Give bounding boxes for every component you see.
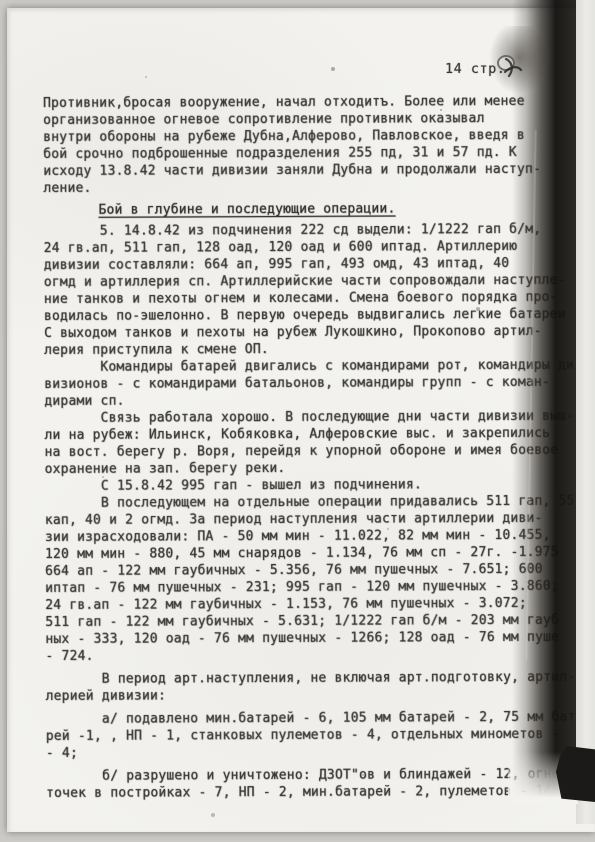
text-line: - 4; xyxy=(46,743,580,762)
text-line: точек в постройках - 7, НП - 2, мин.бата… xyxy=(46,783,580,802)
section-heading: Бой в глубине и последующие операции. xyxy=(98,200,577,219)
text-line: ных - 333, 120 оад - 76 мм пушечных - 12… xyxy=(45,629,579,648)
ink-blot xyxy=(556,746,595,802)
text-line: В период арт.наступления, не включая арт… xyxy=(46,669,580,688)
text-line: исходу 13.8.42 части дивизии заняли Дубн… xyxy=(43,161,577,180)
text-line: визионов - с командирами батальонов, ком… xyxy=(44,374,578,393)
text-line: рей -1, , НП - 1, станковых пулеметов - … xyxy=(46,726,580,745)
text-line: на вост. берегу р. Воря, перейдя к упорн… xyxy=(45,442,579,461)
document-text: Противник,бросая вооружение, начал отход… xyxy=(43,93,580,802)
text-line: ление. xyxy=(43,178,577,197)
text-line: - 724. xyxy=(45,646,579,665)
scan-right-edge xyxy=(576,0,595,824)
scanned-page: 14 стр. Противник,бросая вооружение, нач… xyxy=(7,8,595,832)
handwritten-mark xyxy=(502,57,524,79)
text-line: С выходом танков и пехоты на рубеж Лукош… xyxy=(44,323,578,342)
scan-shadow-band xyxy=(512,0,576,800)
text-line: лерией дивизии: xyxy=(46,686,580,705)
paper-specks xyxy=(7,8,9,10)
